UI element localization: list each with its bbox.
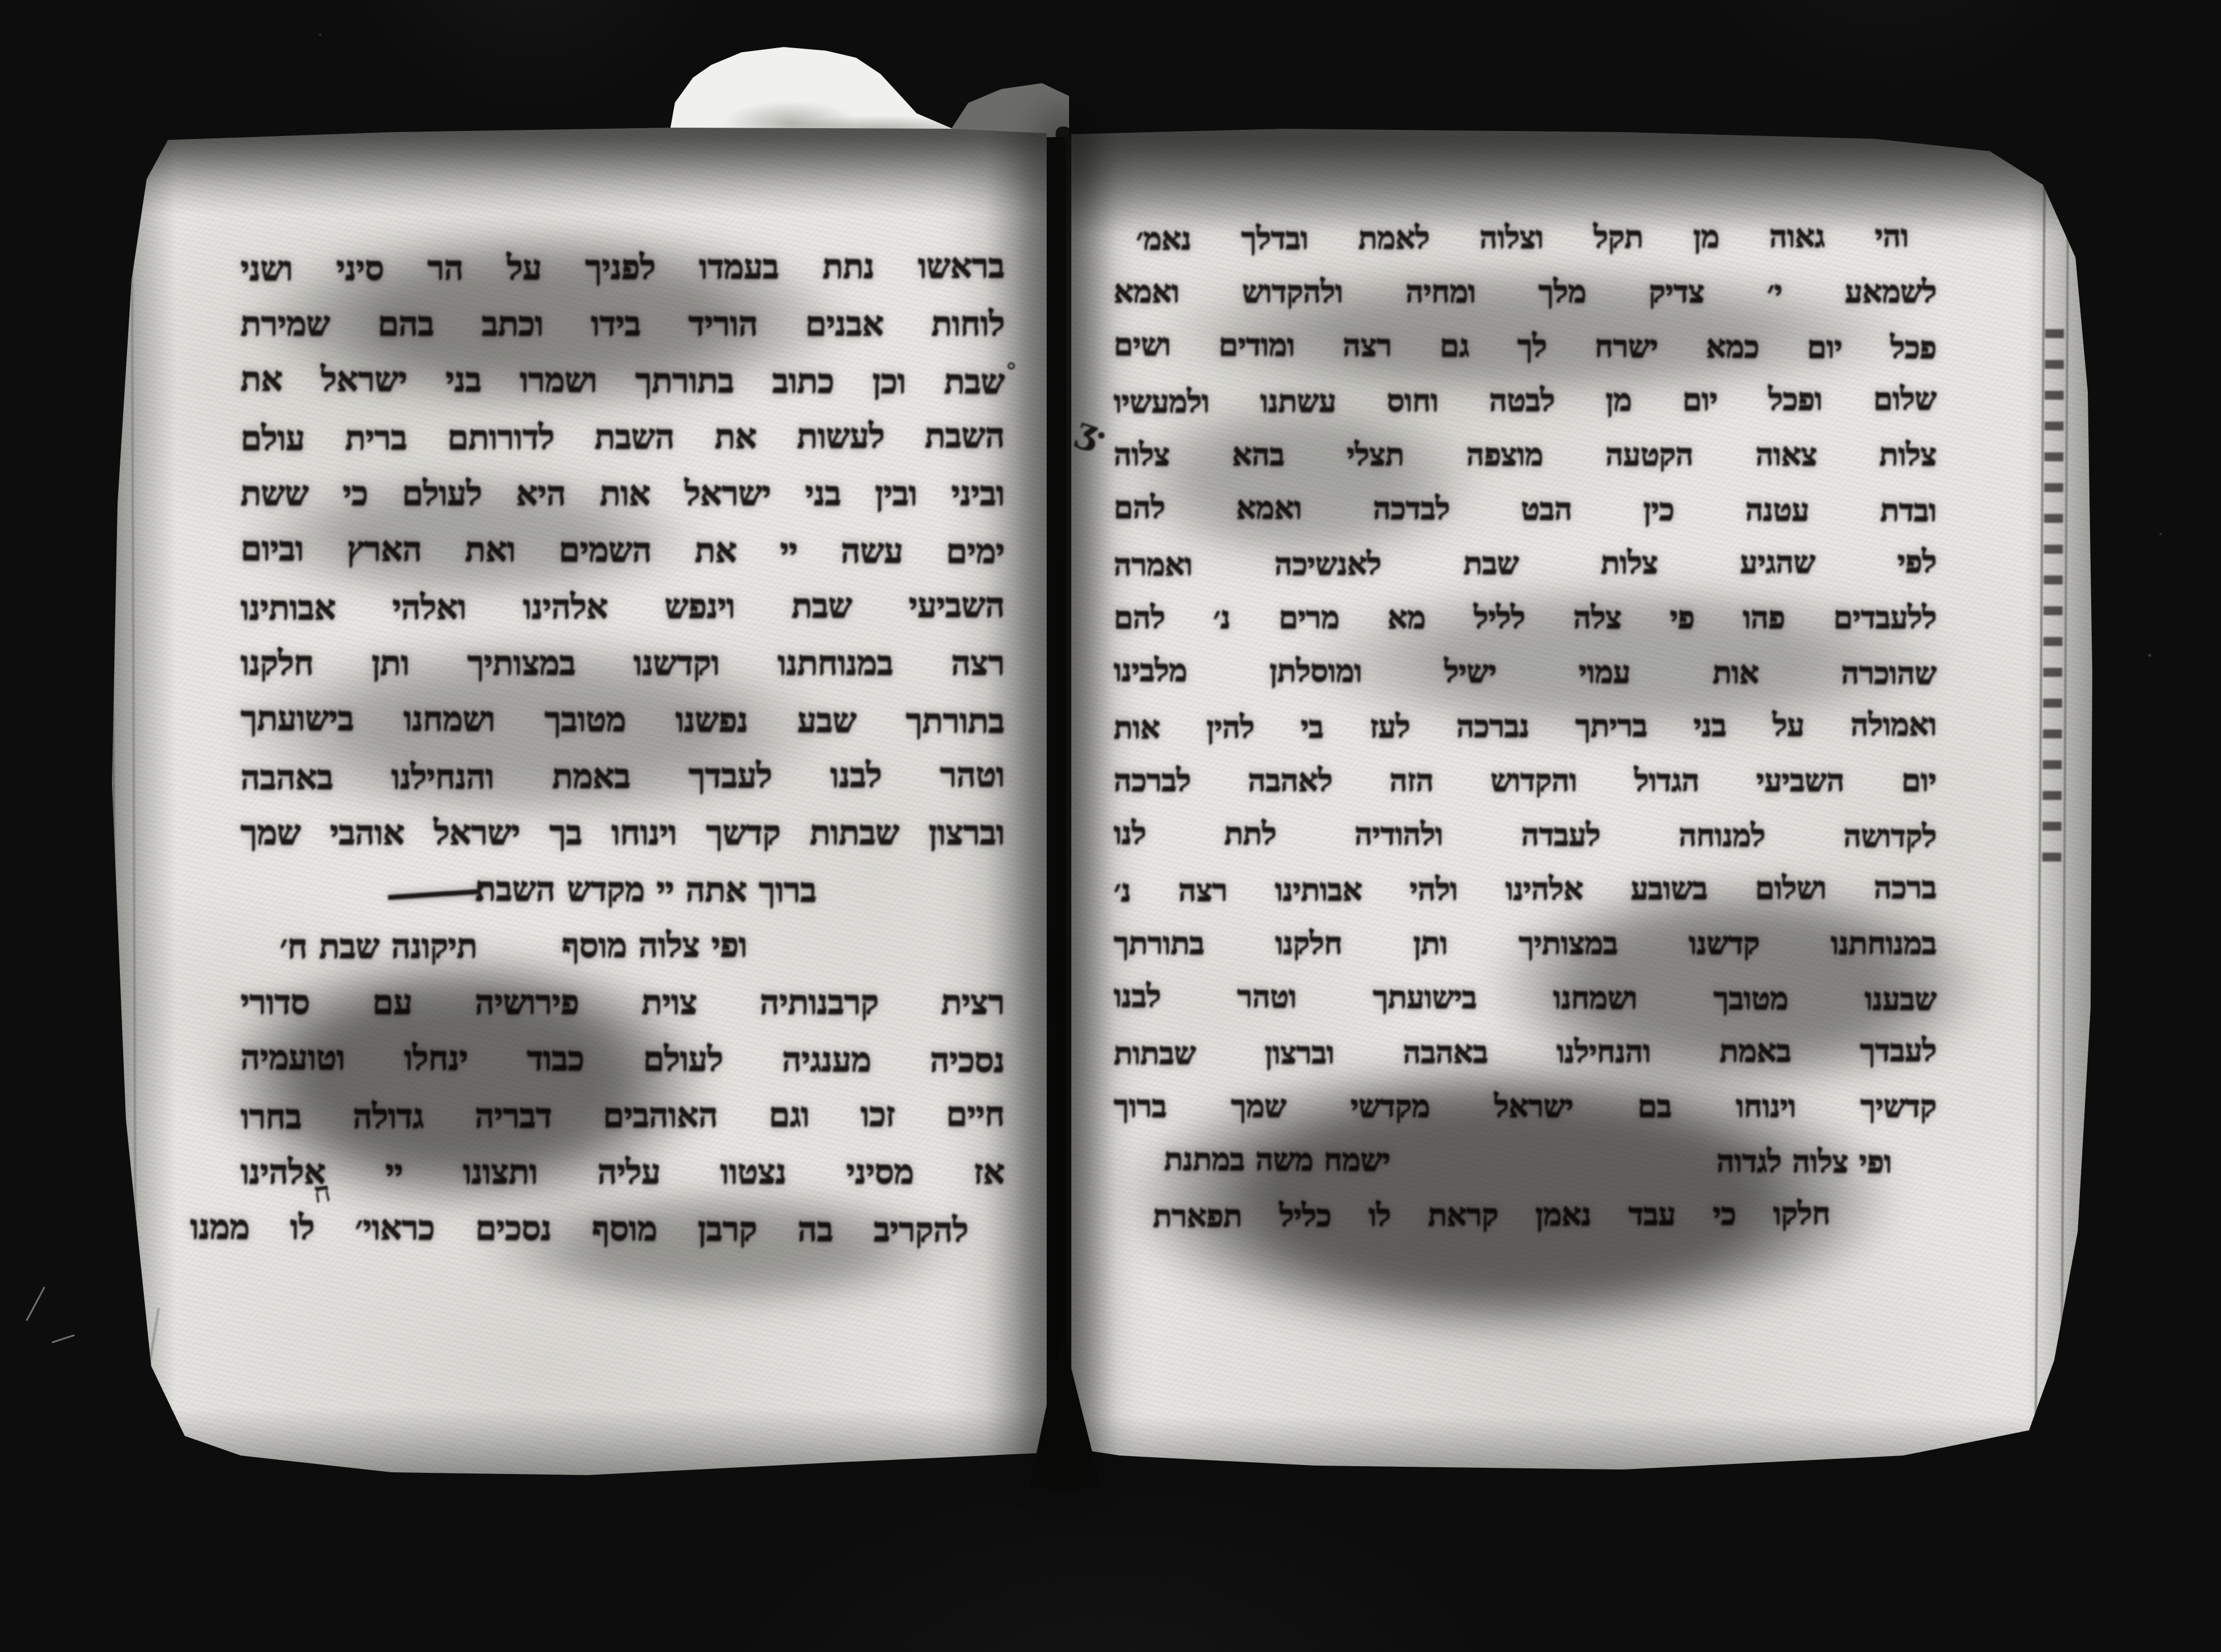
pen-flourish: ——— — [386, 873, 475, 912]
manuscript-line: רצית קרבנותיה צוית פירושיה עם סדורי — [241, 986, 1005, 1019]
manuscript-line: לפי שהגיע צלות שבת לאנשיכה ואמרה — [1114, 546, 1937, 580]
manuscript-line: בראשו נתת בעמדו לפניך על הר סיני ושני — [241, 249, 1005, 286]
manuscript-line: השביעי שבת וינפש אלהינו ואלהי אבותינו — [241, 588, 1005, 625]
manuscript-line: בתורתך שבע נפשנו מטובך ושמחנו בישועתך — [241, 701, 1005, 738]
manuscript-line: ברכה ושלום בשובע אלהינו ולהי אבותינו רצה… — [1114, 872, 1937, 906]
paper-scrap-flap — [946, 78, 1069, 137]
manuscript-line: ובדת עטנה כין הבט לבדכה ואמא להם — [1114, 492, 1937, 526]
manuscript-line: שבענו מטובך ושמחנו בישועתך וטהר לבנו — [1114, 980, 1937, 1014]
manuscript-line: וטהר לבנו לעבדך באמת והנחילנו באהבה — [241, 758, 1005, 794]
page-right: והי גאוה מן תקל וצלוה לאמת ובדלך נאמ׳לשמ… — [1055, 122, 2121, 1482]
paper-scrap — [669, 47, 971, 137]
rubric-right-segment: ופי צלוה לגדוה — [1717, 1145, 1892, 1177]
manuscript-line: רצה במנוחתנו וקדשנו במצותיך ותן חלקנו — [241, 647, 1005, 680]
film-scratch — [26, 1286, 45, 1321]
manuscript-line: צלות צאוה הקטעה מוצפה תצלי בהא צלוה — [1114, 439, 1937, 470]
manuscript-line: שבת וכן כתוב בתורתך ושמרו בני ישראל את — [241, 362, 1005, 399]
manuscript-line: קדשיך וינוחו בם ישראל מקדשי שמך ברוך — [1114, 1091, 1937, 1121]
manuscript-line: שהוכרה אות עמוי ישיל ומוסלתן מלבינו — [1114, 654, 1937, 689]
deckle-edge-line — [134, 1308, 161, 1458]
manuscript-line: לוחות אבנים הוריד בידו וכתב בהם שמירת — [241, 307, 1005, 341]
manuscript-line: ופי צלוה מוסףתיקונה שבת ח׳ — [280, 928, 747, 963]
manuscript-line: חיים זכו וגם האוהבים דבריה גדולה בחרו — [241, 1097, 1005, 1134]
film-speck — [2148, 654, 2151, 657]
rubric-right-segment: ופי צלוה מוסף — [562, 928, 747, 962]
manuscript-photograph: בראשו נתת בעמדו לפניך על הר סיני ושנילוח… — [0, 0, 2221, 1652]
manuscript-line: אז מסיני נצטוו עליה ותצונו יי אלהינו — [241, 1155, 1005, 1189]
manuscript-line: נסכיה מענגיה לעולם כבוד ינחלו וטועמיה — [241, 1041, 1005, 1077]
manuscript-line: לקדושה למנוחה לעבדה ולהודיה לתת לנו — [1114, 817, 1937, 851]
manuscript-line: להקריב בה קרבן מוסף נסכים כראוי׳ לו ממנו — [190, 1210, 968, 1247]
manuscript-line: ללעבדים פהו פי צלה לליל מא מרים נ׳ להם — [1114, 602, 1937, 633]
text-block-right: והי גאוה מן תקל וצלוה לאמת ובדלך נאמ׳לשמ… — [1055, 122, 2121, 1482]
manuscript-line: ופי צלוה לגדוהישמח משה במתנת — [1164, 1144, 1892, 1177]
manuscript-line: חלקו כי עבד נאמן קראת לו כליל תפארת — [1153, 1198, 1830, 1232]
manuscript-line: השבת לעשות את השבת לדורותם ברית עולם — [241, 419, 1005, 455]
rubric-left-segment: תיקונה שבת ח׳ — [280, 929, 477, 963]
film-speck — [2159, 533, 2162, 535]
manuscript-line: יום השביעי הגדול והקדוש הזה לאהבה לברכה — [1114, 765, 1937, 795]
film-scratch — [52, 1335, 75, 1344]
manuscript-line: ימים עשה יי את השמים ואת הארץ וביום — [241, 532, 1005, 568]
manuscript-line: וברצון שבתות קדשך וינוחו בך ישראל אוהבי … — [241, 816, 1005, 850]
manuscript-line: במנוחתנו קדשנו במצותיך ותן חלקנו בתורתך — [1114, 928, 1937, 958]
page-left: בראשו נתת בעמדו לפניך על הר סיני ושנילוח… — [92, 120, 1047, 1481]
manuscript-line: שלום ופכל יום מן לבטה וחוס עשתנו ולמעשיו — [1114, 383, 1937, 417]
gutter-shadow — [1056, 127, 1071, 1466]
manuscript-line: פכל יום כמא ישרח לך גם רצה ומודים ושים — [1114, 329, 1937, 363]
manuscript-line: ואמולה על בני בריתך נברכה לעז בי להין או… — [1114, 709, 1937, 743]
text-block-left: בראשו נתת בעמדו לפניך על הר סיני ושנילוח… — [92, 120, 1047, 1481]
manuscript-line: ברוך אתה יי מקדש השבת׃ ——— — [352, 872, 817, 907]
film-speck — [319, 34, 321, 36]
rubric-left-segment: ישמח משה במתנת — [1164, 1144, 1390, 1176]
manuscript-line: לשמאע י׳ צדיק מלך ומחיה ולהקדוש ואמא — [1114, 276, 1937, 307]
manuscript-line: לעבדך באמת והנחילנו באהבה וברצון שבתות — [1114, 1035, 1937, 1069]
manuscript-line: והי גאוה מן תקל וצלוה לאמת ובדלך נאמ׳ — [1136, 220, 1909, 254]
manuscript-line: וביני ובין בני ישראל אות היא לעולם כי שש… — [241, 477, 1005, 511]
fore-edge-leaf-marks — [2042, 329, 2064, 878]
